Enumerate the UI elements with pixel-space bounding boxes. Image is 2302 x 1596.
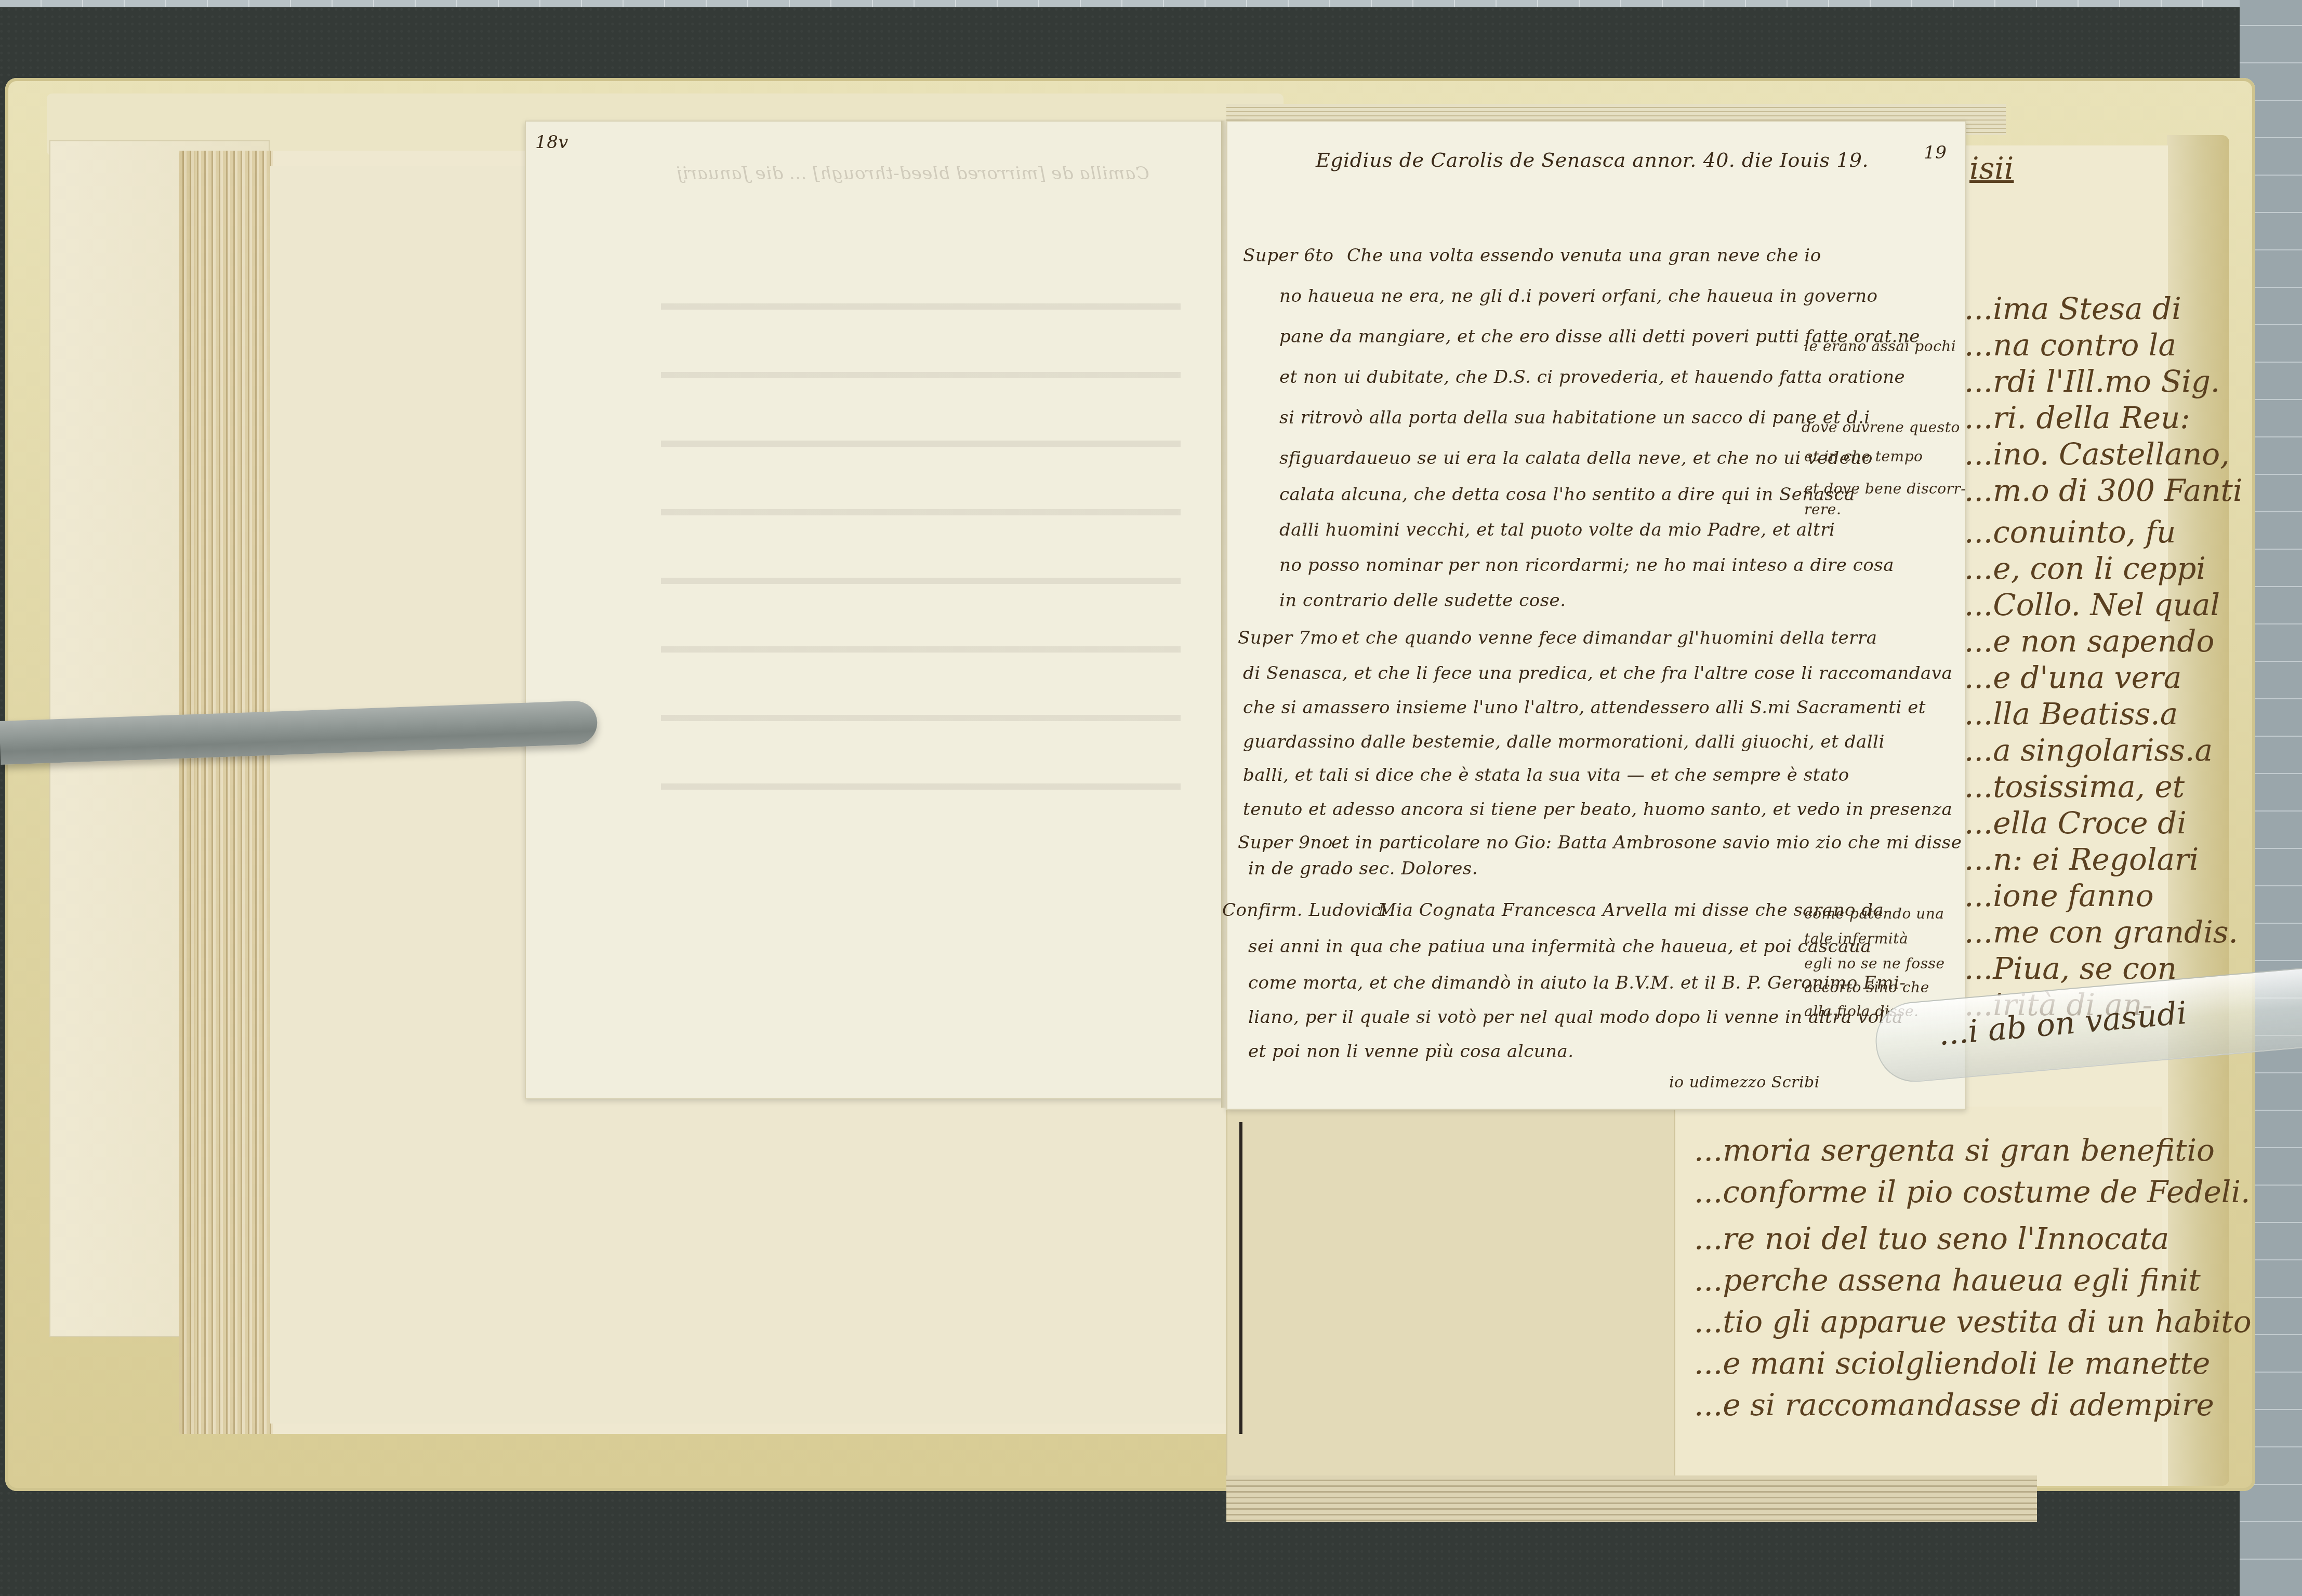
entry-label: Super 9no — [1238, 833, 1333, 852]
text-line: che si amassero insieme l'uno l'altro, a… — [1243, 698, 1926, 717]
left-page: 18v Camilla de [mirrored bleed-through] … — [525, 121, 1247, 1099]
margin-note: tale infermità — [1804, 930, 1908, 947]
magnified-text: ...i ab on vasudi — [1937, 995, 2189, 1053]
right-doc-line: ...a singolariss.a — [1964, 733, 2213, 768]
text-line: dalli huomini vecchi, et tal puoto volte… — [1279, 521, 1835, 539]
text-line: sfiguardaueuo se ui era la calata della … — [1279, 449, 1873, 468]
right-doc-line: ...e si raccomandasse di adempire — [1694, 1387, 2214, 1422]
right-doc-line: ...tosissima, et — [1964, 769, 2185, 804]
text-line: tenuto et adesso ancora si tiene per bea… — [1243, 800, 1952, 819]
right-doc-line: ...re noi del tuo seno l'Innocata — [1694, 1221, 2169, 1256]
margin-note: accorto sino che — [1804, 979, 1929, 996]
right-doc-line: ...moria sergenta si gran benefitio — [1694, 1133, 2215, 1168]
text-line: no posso nominar per non ricordarmi; ne … — [1279, 556, 1894, 575]
text-line: no haueua ne era, ne gli d.i poveri orfa… — [1279, 287, 1878, 305]
text-line: calata alcuna, che detta cosa l'ho senti… — [1279, 485, 1855, 504]
margin-note: le erano assai pochi — [1804, 338, 1956, 355]
entry-label: Super 7mo — [1238, 629, 1338, 647]
right-doc-line: ...conuinto, fu — [1964, 514, 2176, 550]
right-doc-line: ...e mani sciolgliendoli le manette — [1694, 1346, 2210, 1381]
folio-number-left: 18v — [535, 132, 568, 153]
right-doc-line: ...perche assena haueua egli finit — [1694, 1262, 2201, 1298]
text-line: sei anni in qua che patiua una infermità… — [1248, 937, 1871, 956]
text-line: di Senasca, et che li fece una predica, … — [1243, 664, 1952, 683]
entry-label: Super 6to — [1243, 246, 1333, 265]
right-doc-line: ...lla Beatiss.a — [1964, 696, 2178, 731]
text-line: et che quando venne fece dimandar gl'huo… — [1342, 629, 1877, 647]
margin-note: egli no se ne fosse — [1804, 955, 1944, 972]
lower-folded-leaf — [1226, 1107, 1675, 1483]
right-doc-line: ...ri. della Reu: — [1964, 400, 2190, 435]
text-line: guardassino dalle bestemie, dalle mormor… — [1243, 733, 1885, 751]
right-doc-line: ...ione fanno — [1964, 878, 2154, 913]
right-doc-line: ...Collo. Nel qual — [1964, 587, 2220, 622]
binding-thread — [1239, 1122, 1242, 1434]
right-doc-line: ...e d'una vera — [1964, 660, 2181, 695]
right-doc-line: ...n: ei Regolari — [1964, 842, 2199, 877]
text-line: in contrario delle sudette cose. — [1279, 591, 1566, 610]
deposition-heading: Egidius de Carolis de Senasca annor. 40.… — [1316, 149, 1869, 171]
folio-number-right: 19 — [1924, 142, 1947, 163]
margin-note: et in che tempo — [1804, 448, 1923, 465]
margin-note: rere. — [1804, 501, 1841, 518]
right-doc-line: ...Piua, se con — [1964, 951, 2177, 986]
right-doc-line: ...rdi l'Ill.mo Sig. — [1964, 364, 2220, 399]
right-doc-line: ...ella Croce di — [1964, 805, 2187, 841]
right-doc-line: ...e, con li ceppi — [1964, 551, 2206, 586]
text-line: et in particolare no Gio: Batta Ambroson… — [1331, 833, 1962, 852]
right-doc-line: ...m.o di 300 Fanti — [1964, 473, 2242, 508]
right-doc-line: ...me con grandis. — [1964, 914, 2238, 950]
text-line: in de grado sec. Dolores. — [1248, 859, 1478, 878]
text-line: et poi non li venne più cosa alcuna. — [1248, 1042, 1574, 1061]
bleed-through-lines — [661, 241, 1181, 813]
scribe-signature: io udimezzo Scribi — [1669, 1073, 1820, 1092]
entry-label: Confirm. Ludovici — [1222, 901, 1387, 920]
calibration-grid-top — [0, 0, 2302, 7]
right-doc-header: isii — [1969, 151, 2014, 186]
right-doc-line: ...e non sapendo — [1964, 623, 2214, 659]
right-doc-line: ...ima Stesa di — [1964, 291, 2181, 326]
right-page: 19 Egidius de Carolis de Senasca annor. … — [1226, 121, 1966, 1110]
text-line: si ritrovò alla porta della sua habitati… — [1279, 408, 1870, 427]
right-doc-line: ...ino. Castellano, — [1964, 436, 2230, 472]
left-page-edges — [179, 151, 273, 1434]
text-line: balli, et tali si dice che è stata la su… — [1243, 766, 1849, 784]
lower-page-stack — [1226, 1475, 2037, 1522]
text-line: Che una volta essendo venuta una gran ne… — [1347, 246, 1821, 265]
text-line: et non ui dubitate, che D.S. ci proveder… — [1279, 368, 1905, 387]
margin-note: come patendo una — [1804, 905, 1944, 922]
ghost-heading: Camilla de [mirrored bleed-through] ... … — [677, 163, 1149, 184]
right-doc-line: ...tio gli apparue vestita di un habito — [1694, 1304, 2252, 1339]
margin-note: dove ouvrene questo — [1802, 419, 1960, 436]
right-doc-line: ...na contro la — [1964, 327, 2176, 363]
right-doc-line: ...conforme il pio costume de Fedeli. — [1694, 1174, 2250, 1209]
margin-note: et dove bene discorr- — [1804, 480, 1966, 497]
